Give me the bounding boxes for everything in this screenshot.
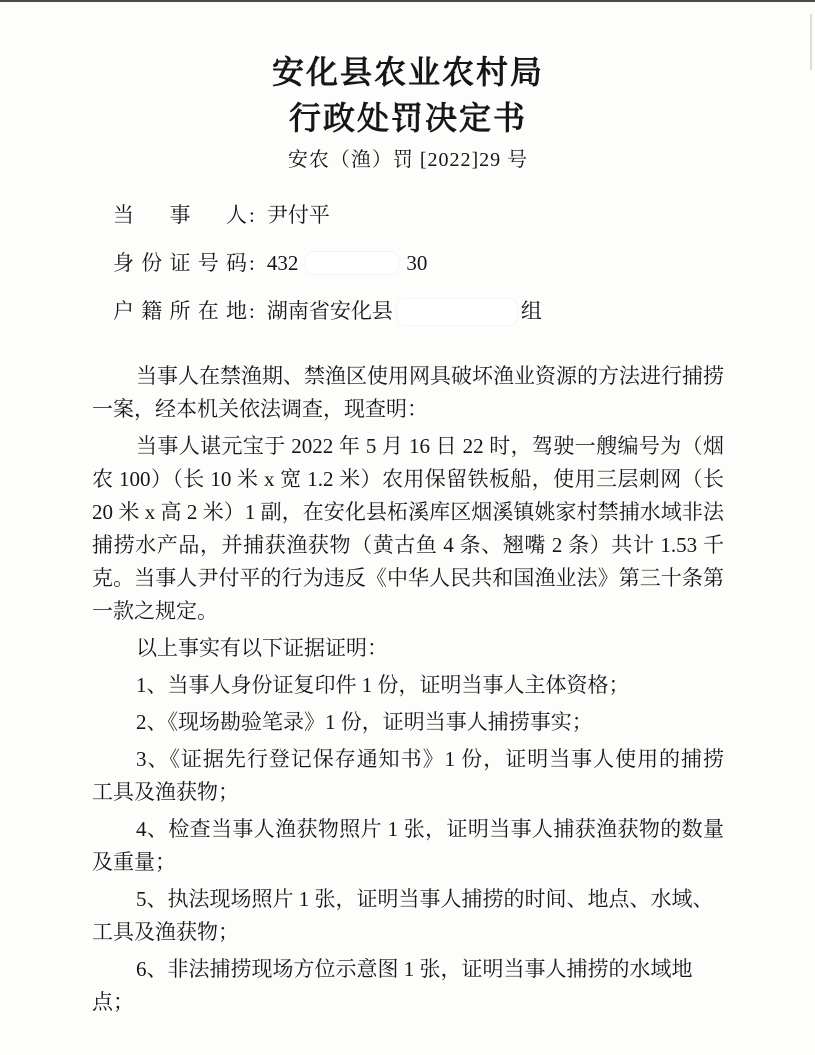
party-name-value: 尹付平 — [267, 203, 330, 227]
party-name-label: 当事人 — [113, 202, 247, 228]
redaction-block-residence — [397, 299, 517, 325]
evidence-item-6: 6、非法捕捞现场方位示意图 1 张，证明当事人捕捞的水域地点； — [92, 953, 724, 1019]
case-intro-line-1: 当事人在禁渔期、禁渔区使用网具破坏渔业资源的方法进行捕捞 — [92, 360, 724, 393]
evidence-item-5-line-1: 5、执法现场照片 1 张，证明当事人捕捞的时间、地点、水域、 — [92, 883, 724, 916]
evidence-item-3-line-1: 3、《证据先行登记保存通知书》1 份，证明当事人使用的捕捞 — [92, 743, 724, 776]
findings-line-3: 20 米 x 高 2 米）1 副，在安化县柘溪库区烟溪镇姚家村禁捕水域非法 — [92, 496, 724, 529]
findings-line-2: 农 100）（长 10 米 x 宽 1.2 米）农用保留铁板船，使用三层刺网（长 — [92, 463, 724, 496]
redaction-block-id — [306, 252, 398, 274]
case-intro-paragraph: 当事人在禁渔期、禁渔区使用网具破坏渔业资源的方法进行捕捞 一案，经本机关依法调查… — [92, 360, 724, 426]
document-type-title: 行政处罚决定书 — [92, 98, 724, 138]
evidence-intro: 以上事实有以下证据证明： — [92, 632, 724, 665]
document-number: 安农（渔）罚 [2022]29 号 — [92, 147, 724, 173]
evidence-item-5: 5、执法现场照片 1 张，证明当事人捕捞的时间、地点、水域、 工具及渔获物； — [92, 883, 724, 949]
document-content: 安化县农业农村局 行政处罚决定书 安农（渔）罚 [2022]29 号 当事人:尹… — [92, 0, 724, 1023]
evidence-item-4-line-2: 及重量； — [92, 846, 724, 879]
residence-colon: : — [249, 298, 255, 324]
findings-paragraph: 当事人谌元宝于 2022 年 5 月 16 日 22 时，驾驶一艘编号为（烟 农… — [92, 430, 724, 628]
id-number-prefix: 432 — [267, 251, 299, 275]
residence-suffix: 组 — [521, 299, 542, 323]
residence-row: 户籍所在地:湖南省安化县组 — [92, 298, 724, 325]
residence-prefix: 湖南省安化县 — [267, 299, 393, 323]
agency-title: 安化县农业农村局 — [92, 52, 724, 92]
evidence-item-1-line: 1、当事人身份证复印件 1 份，证明当事人主体资格； — [92, 669, 724, 702]
evidence-item-3-line-2: 工具及渔获物； — [92, 776, 724, 809]
evidence-item-2-line: 2、《现场勘验笔录》1 份，证明当事人捕捞事实； — [92, 706, 724, 739]
party-info-section: 当事人:尹付平 身份证号码:43230 户籍所在地:湖南省安化县组 — [92, 202, 724, 325]
residence-label: 户籍所在地 — [113, 298, 247, 324]
document-body: 当事人在禁渔期、禁渔区使用网具破坏渔业资源的方法进行捕捞 一案，经本机关依法调查… — [92, 360, 724, 1019]
evidence-item-1: 1、当事人身份证复印件 1 份，证明当事人主体资格； — [92, 669, 724, 702]
evidence-item-3: 3、《证据先行登记保存通知书》1 份，证明当事人使用的捕捞 工具及渔获物； — [92, 743, 724, 809]
id-number-row: 身份证号码:43230 — [92, 250, 724, 276]
id-number-suffix: 30 — [406, 251, 427, 275]
evidence-item-4-line-1: 4、检查当事人渔获物照片 1 张，证明当事人捕获渔获物的数量 — [92, 813, 724, 846]
findings-line-1: 当事人谌元宝于 2022 年 5 月 16 日 22 时，驾驶一艘编号为（烟 — [92, 430, 724, 463]
case-intro-line-2: 一案，经本机关依法调查，现查明： — [92, 393, 724, 426]
scan-edge-right — [810, 14, 812, 70]
findings-line-5: 克。当事人尹付平的行为违反《中华人民共和国渔业法》第三十条第 — [92, 562, 724, 595]
scanned-document-page: 安化县农业农村局 行政处罚决定书 安农（渔）罚 [2022]29 号 当事人:尹… — [0, 0, 815, 1055]
id-number-label: 身份证号码 — [113, 250, 247, 276]
party-name-row: 当事人:尹付平 — [92, 202, 724, 228]
findings-line-4: 捕捞水产品，并捕获渔获物（黄古鱼 4 条、翘嘴 2 条）共计 1.53 千 — [92, 529, 724, 562]
evidence-item-6-line: 6、非法捕捞现场方位示意图 1 张，证明当事人捕捞的水域地点； — [92, 953, 724, 1019]
party-name-colon: : — [249, 202, 255, 228]
evidence-item-4: 4、检查当事人渔获物照片 1 张，证明当事人捕获渔获物的数量 及重量； — [92, 813, 724, 879]
findings-line-6: 一款之规定。 — [92, 595, 724, 628]
id-number-colon: : — [249, 250, 255, 276]
evidence-item-5-line-2: 工具及渔获物； — [92, 916, 724, 949]
evidence-item-2: 2、《现场勘验笔录》1 份，证明当事人捕捞事实； — [92, 706, 724, 739]
evidence-intro-line: 以上事实有以下证据证明： — [92, 632, 724, 665]
